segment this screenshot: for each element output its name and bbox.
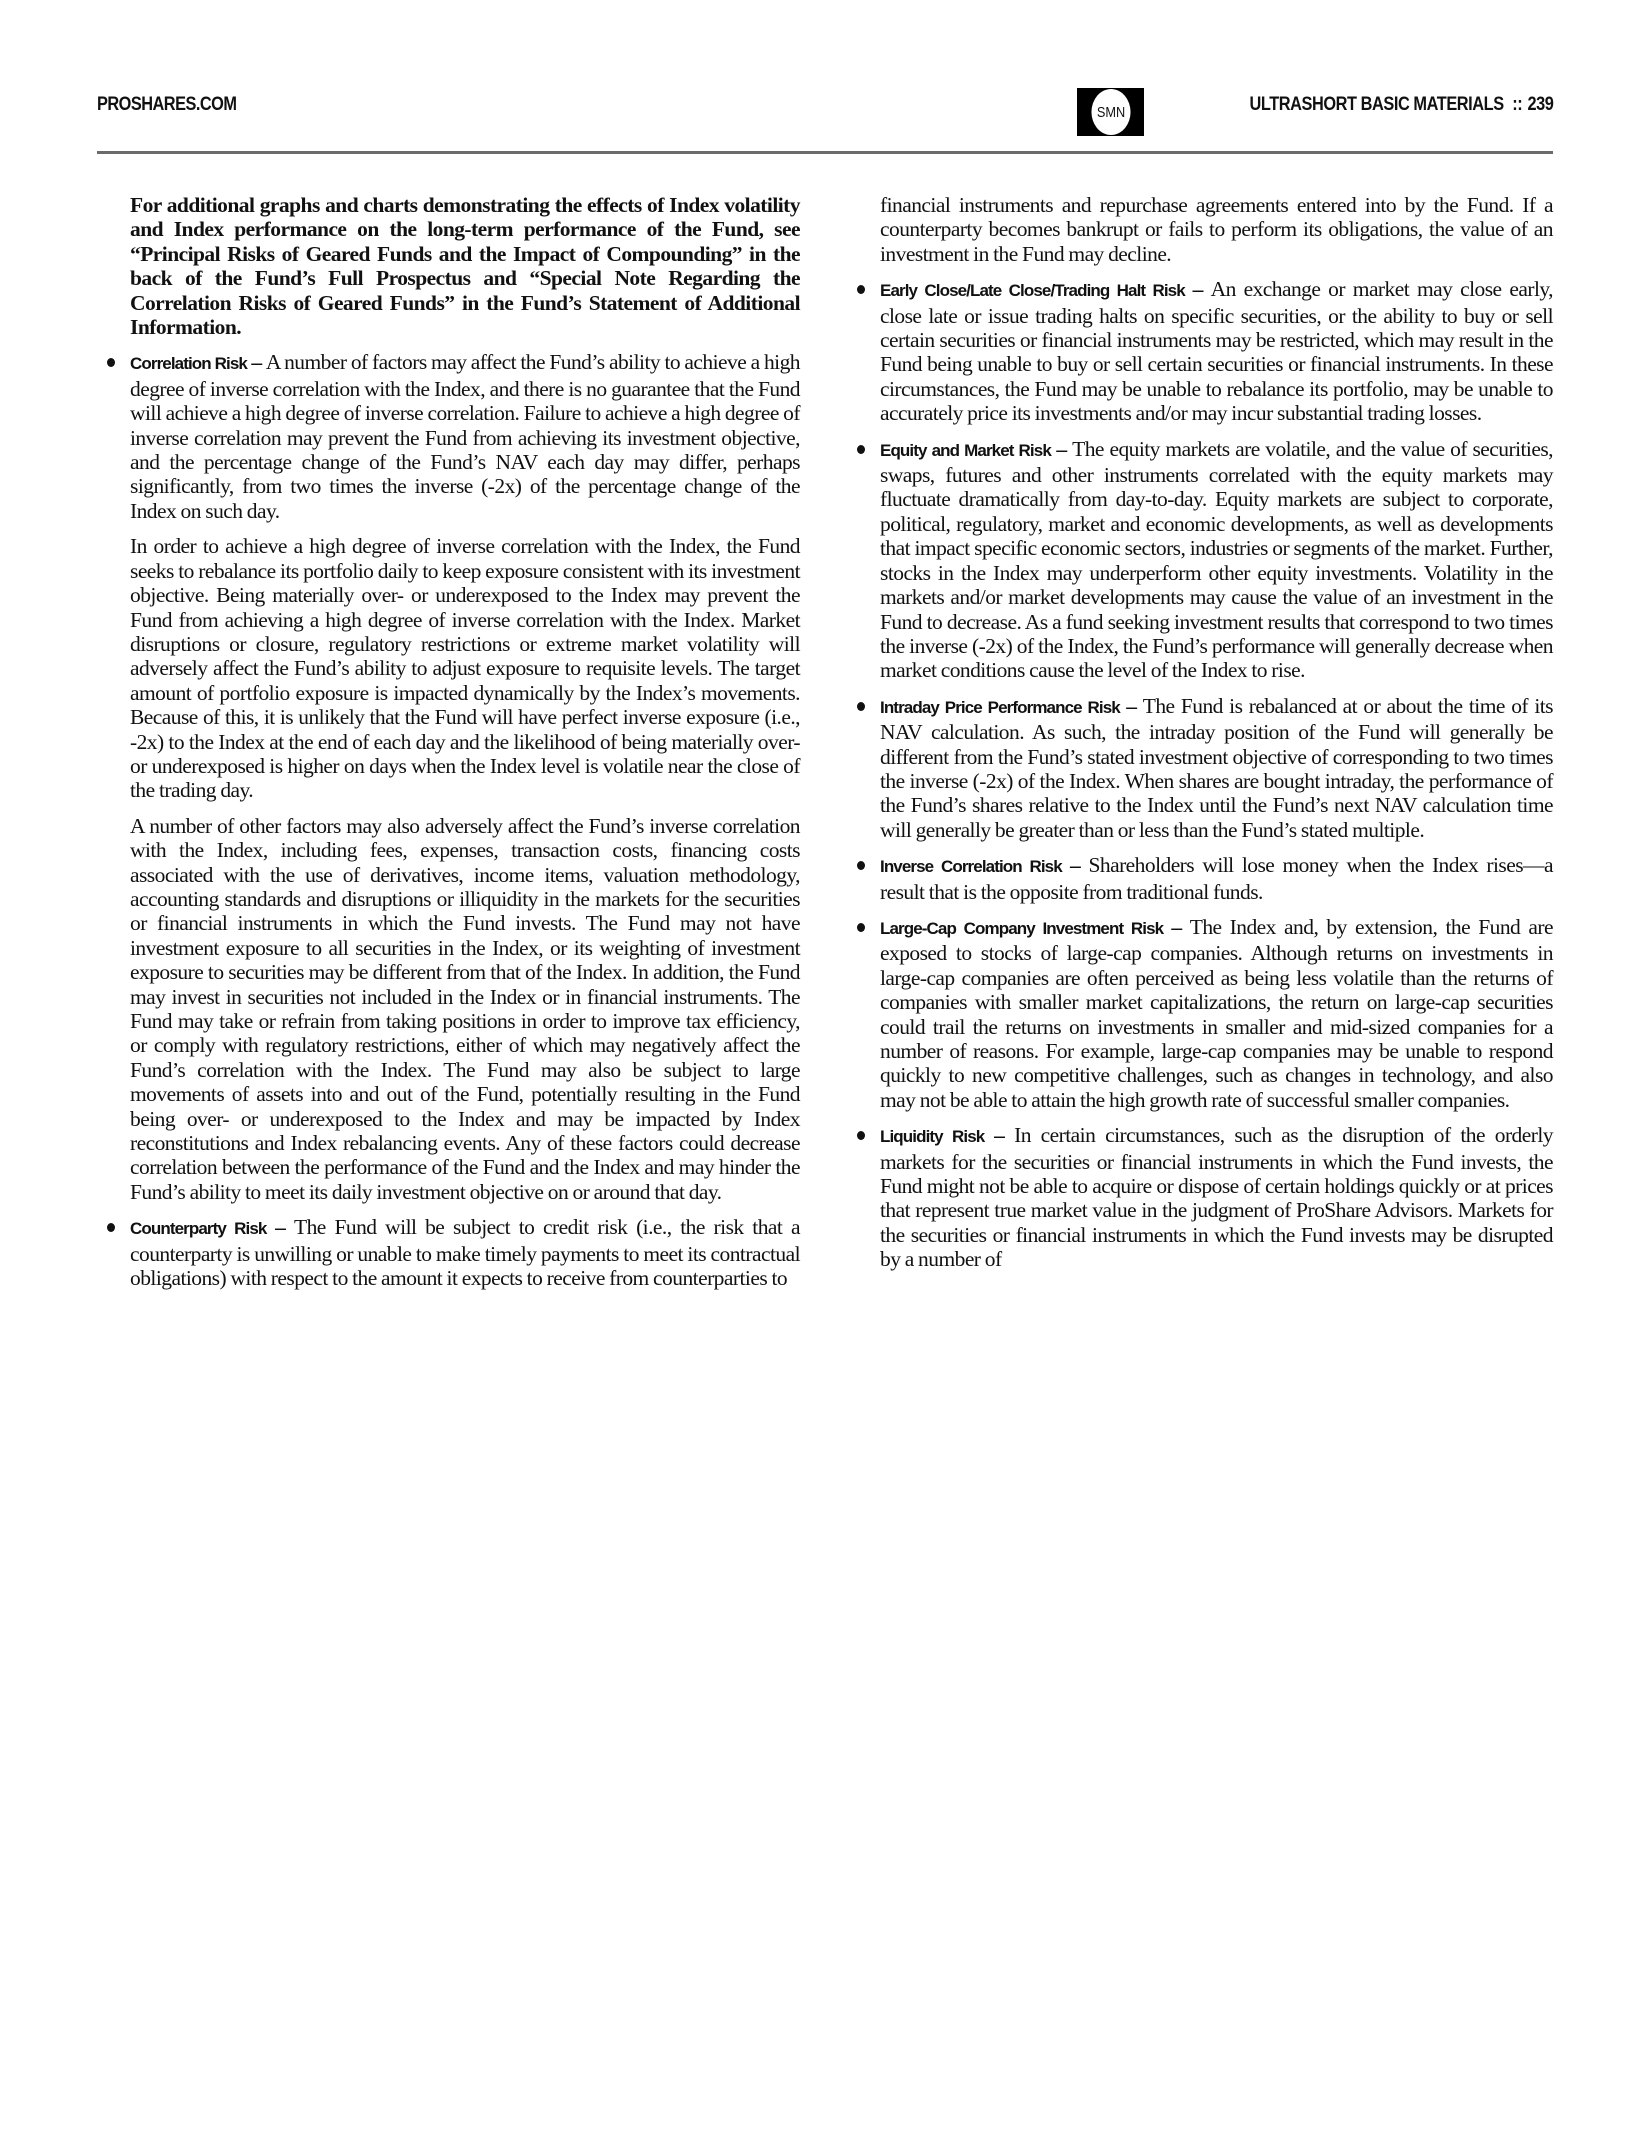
em-dash: – <box>1051 437 1072 461</box>
em-dash: – <box>266 1215 294 1239</box>
page-number: 239 <box>1527 94 1553 115</box>
page-header-title: ULTRASHORT BASIC MATERIALS::239 <box>1249 94 1553 116</box>
risk-item-liquidity: Liquidity Risk – In certain circumstance… <box>880 1123 1553 1271</box>
risk-item-equity-market: Equity and Market Risk – The equity mark… <box>880 437 1553 683</box>
ticker-badge: SMN <box>1077 88 1144 136</box>
site-name: PROSHARES.COM <box>97 94 236 116</box>
risk-item-early-close: Early Close/Late Close/Trading Halt Risk… <box>880 277 1553 425</box>
risk-text: The Index and, by extension, the Fund ar… <box>880 915 1553 1112</box>
risk-title: Liquidity Risk <box>880 1127 984 1146</box>
em-dash: – <box>247 350 266 374</box>
risk-title: Large-Cap Company Investment Risk <box>880 919 1163 938</box>
risk-text: A number of factors may affect the Fund’… <box>130 350 800 522</box>
em-dash: – <box>1120 694 1143 718</box>
em-dash: – <box>1163 915 1190 939</box>
bullet-icon <box>107 358 115 367</box>
risk-title: Early Close/Late Close/Trading Halt Risk <box>880 281 1185 300</box>
risk-title: Intraday Price Performance Risk <box>880 698 1120 717</box>
bullet-icon <box>857 285 865 294</box>
bullet-icon <box>857 445 865 454</box>
em-dash: – <box>1185 277 1211 301</box>
em-dash: – <box>984 1123 1014 1147</box>
right-column: financial instruments and repurchase agr… <box>880 193 1553 1283</box>
risk-item-intraday: Intraday Price Performance Risk – The Fu… <box>880 694 1553 842</box>
bullet-icon <box>857 923 865 932</box>
risk-title: Counterparty Risk <box>130 1219 266 1238</box>
risk-item-correlation: Correlation Risk – A number of factors m… <box>130 350 800 523</box>
header-rule <box>97 151 1553 154</box>
bullet-icon <box>857 1131 865 1140</box>
left-column: For additional graphs and charts demonst… <box>130 193 800 1301</box>
intro-paragraph: For additional graphs and charts demonst… <box>130 193 800 339</box>
risk-title: Equity and Market Risk <box>880 441 1051 460</box>
risk-item-inverse-correlation: Inverse Correlation Risk – Shareholders … <box>880 853 1553 904</box>
bullet-icon <box>857 861 865 870</box>
em-dash: – <box>1062 853 1089 877</box>
risk-text: The equity markets are volatile, and the… <box>880 437 1553 683</box>
risk-item-counterparty: Counterparty Risk – The Fund will be sub… <box>130 1215 800 1290</box>
correlation-paragraph-3: A number of other factors may also adver… <box>130 814 800 1205</box>
fund-title: ULTRASHORT BASIC MATERIALS <box>1249 94 1503 115</box>
risk-title: Correlation Risk <box>130 354 247 373</box>
bullet-icon <box>107 1223 115 1232</box>
bullet-icon <box>857 702 865 711</box>
correlation-paragraph-2: In order to achieve a high degree of inv… <box>130 534 800 802</box>
ticker-badge-label: SMN <box>1091 89 1130 135</box>
risk-item-large-cap: Large-Cap Company Investment Risk – The … <box>880 915 1553 1112</box>
title-separator: :: <box>1512 94 1522 115</box>
risk-title: Inverse Correlation Risk <box>880 857 1062 876</box>
counterparty-continued: financial instruments and repurchase agr… <box>880 193 1553 266</box>
